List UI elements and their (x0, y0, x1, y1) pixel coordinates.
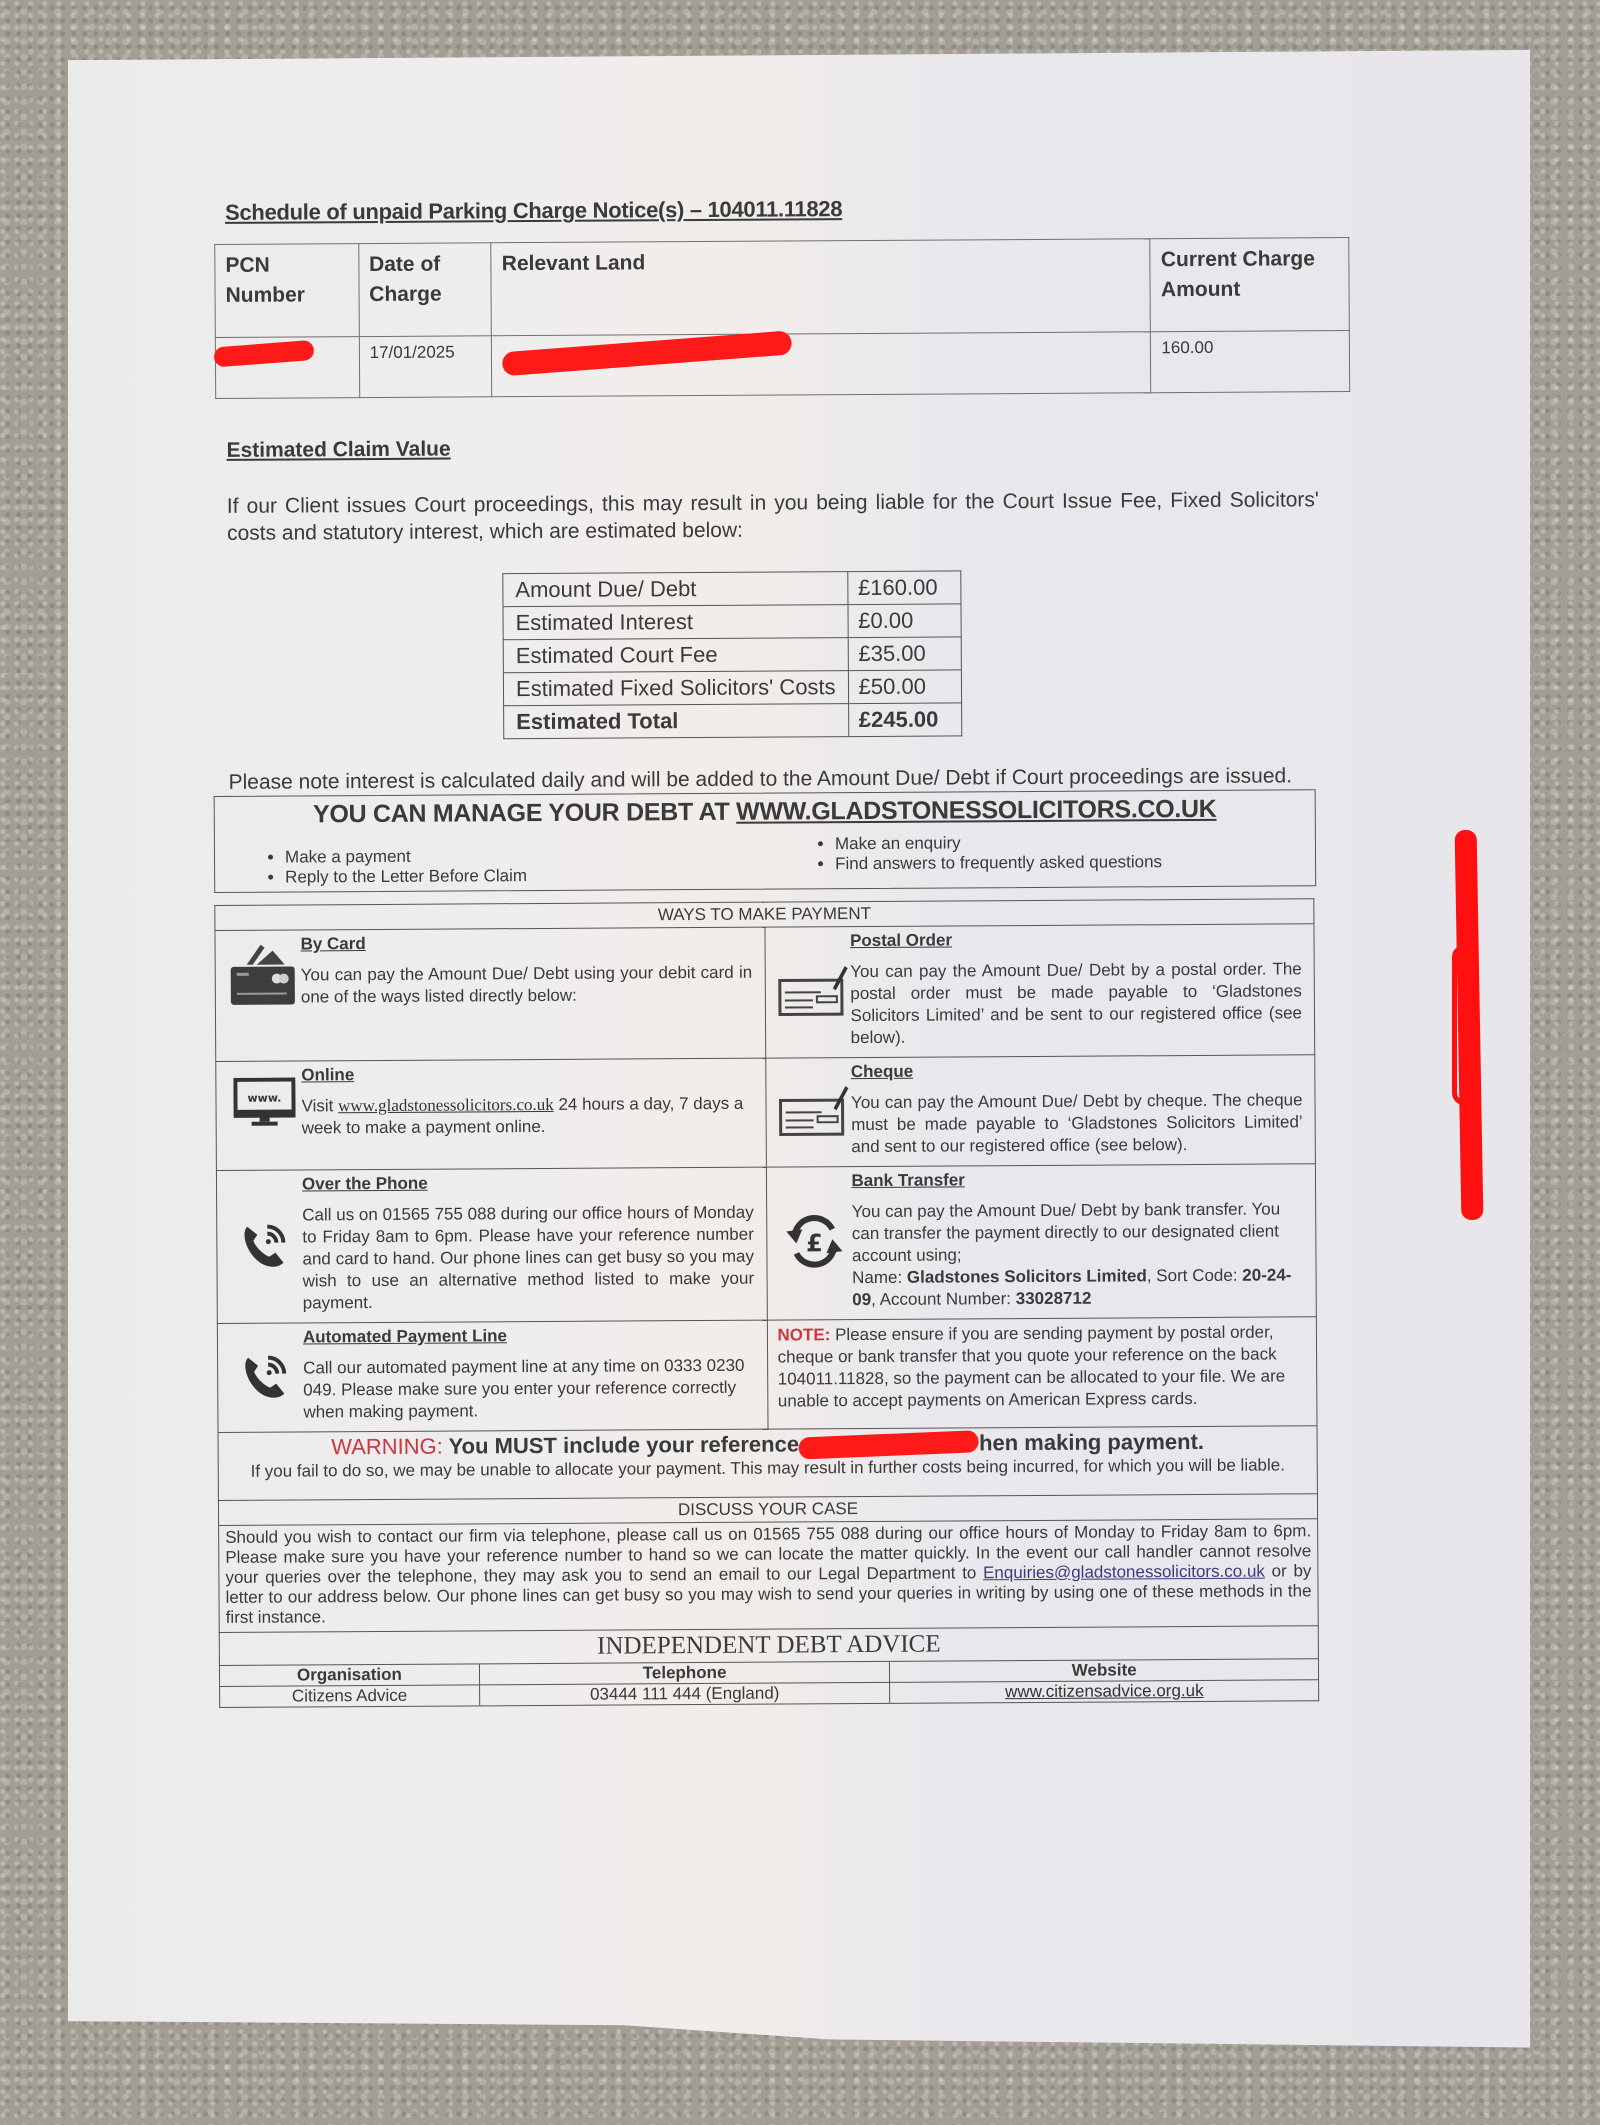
phone-text: Call us on 01565 755 088 during our offi… (302, 1202, 754, 1315)
online-text-before: Visit (301, 1096, 338, 1115)
claim-total-value: £245.00 (848, 703, 961, 737)
online-title: Online (301, 1063, 753, 1086)
list-item: Find answers to frequently asked questio… (835, 851, 1315, 874)
claim-label: Estimated Court Fee (503, 638, 848, 673)
warning-text-before: You MUST include your reference (443, 1431, 799, 1458)
svg-text:www.: www. (247, 1092, 281, 1105)
manage-debt-box: YOU CAN MANAGE YOUR DEBT AT WWW.GLADSTON… (214, 789, 1317, 893)
postal-order-cell: Postal Order You can pay the Amount Due/… (764, 924, 1314, 1058)
telephone: 03444 111 444 (England) (479, 1682, 890, 1705)
redaction-mark (502, 330, 793, 376)
manage-url-link[interactable]: WWW.GLADSTONESSOLICITORS.CO.UK (736, 795, 1217, 826)
pcn-number-redacted (215, 337, 359, 399)
online-cell: www. Online Visit www.gladstonessolicito… (216, 1058, 766, 1170)
col-telephone: Telephone (479, 1662, 890, 1685)
cheque-title: Cheque (851, 1059, 1303, 1082)
note-text: Please ensure if you are sending payment… (778, 1323, 1286, 1411)
pcn-table: PCN Number Date of Charge Relevant Land … (214, 237, 1350, 399)
col-website: Website (890, 1659, 1318, 1682)
col-pcn-number: PCN Number (215, 244, 359, 338)
cheque-pen-icon (776, 1082, 851, 1138)
claim-label: Estimated Fixed Solicitors' Costs (503, 671, 848, 706)
manage-list-right: Make an enquiry Find answers to frequent… (765, 831, 1315, 884)
payment-note-cell: NOTE: Please ensure if you are sending p… (767, 1317, 1317, 1429)
automated-line-text: Call our automated payment line at any t… (303, 1355, 755, 1424)
phone-cell: Over the Phone Call us on 01565 755 088 … (216, 1167, 766, 1323)
claim-value: £0.00 (848, 604, 961, 638)
manage-list-left: Make a payment Reply to the Letter Befor… (215, 845, 765, 888)
red-scribble-loop (1452, 945, 1478, 1105)
payment-note: NOTE: Please ensure if you are sending p… (777, 1321, 1304, 1412)
postal-order-text: You can pay the Amount Due/ Debt by a po… (850, 958, 1302, 1049)
table-row: Estimated Fixed Solicitors' Costs£50.00 (503, 670, 961, 706)
claim-total-label: Estimated Total (504, 704, 849, 739)
claim-value: £50.00 (848, 670, 961, 704)
automated-line-cell: Automated Payment Line Call our automate… (217, 1320, 767, 1432)
online-payment-link[interactable]: www.gladstonessolicitors.co.uk (338, 1095, 554, 1115)
claim-total-row: Estimated Total£245.00 (504, 703, 962, 739)
by-card-title: By Card (300, 932, 752, 955)
redaction-mark (799, 1430, 980, 1459)
cheque-text: You can pay the Amount Due/ Debt by cheq… (851, 1089, 1303, 1158)
manage-title: YOU CAN MANAGE YOUR DEBT AT WWW.GLADSTON… (215, 794, 1315, 830)
col-date-of-charge: Date of Charge (358, 243, 491, 337)
discuss-case-box: DISCUSS YOUR CASE Should you wish to con… (218, 1494, 1319, 1633)
claim-intro: If our Client issues Court proceedings, … (227, 486, 1319, 547)
table-row: Estimated Interest£0.00 (503, 604, 961, 640)
citizens-advice-link[interactable]: www.citizensadvice.org.uk (1005, 1681, 1204, 1701)
col-current-charge: Current Charge Amount (1150, 238, 1349, 332)
col-organisation: Organisation (220, 1664, 479, 1686)
phone-ringing-icon (227, 1218, 302, 1270)
postal-order-title: Postal Order (850, 928, 1302, 951)
bank-name-label: Name: (852, 1268, 907, 1287)
by-card-cell: By Card You can pay the Amount Due/ Debt… (215, 927, 765, 1061)
bank-transfer-title: Bank Transfer (851, 1168, 1303, 1191)
online-text: Visit www.gladstonessolicitors.co.uk 24 … (301, 1093, 753, 1140)
debt-advice-table: Organisation Telephone Website Citizens … (220, 1659, 1318, 1707)
ways-to-pay-table: WAYS TO MAKE PAYMENT By Card You can pay… (214, 898, 1317, 1433)
redaction-mark (213, 340, 314, 368)
enquiries-email-link[interactable]: Enquiries@gladstonessolicitors.co.uk (983, 1562, 1265, 1583)
automated-line-title: Automated Payment Line (303, 1325, 755, 1348)
pound-exchange-icon: £ (777, 1211, 852, 1271)
bank-transfer-text: You can pay the Amount Due/ Debt by bank… (852, 1198, 1304, 1311)
col-relevant-land: Relevant Land (491, 239, 1151, 336)
svg-text:£: £ (806, 1229, 823, 1257)
claim-label: Estimated Interest (503, 605, 848, 640)
warning-label: WARNING: (331, 1434, 443, 1460)
account-number-label: , Account Number: (871, 1289, 1016, 1309)
note-label: NOTE: (777, 1325, 830, 1344)
manage-list: Make a payment Reply to the Letter Befor… (215, 841, 1315, 888)
claim-label: Amount Due/ Debt (503, 572, 848, 607)
phone-title: Over the Phone (302, 1172, 754, 1195)
date-of-charge: 17/01/2025 (359, 336, 492, 398)
list-item: Reply to the Letter Before Claim (285, 865, 765, 888)
bank-transfer-intro: You can pay the Amount Due/ Debt by bank… (852, 1199, 1281, 1265)
claim-value: £160.00 (847, 571, 960, 605)
bank-transfer-cell: £ Bank Transfer You can pay the Amount D… (766, 1164, 1316, 1320)
phone-ringing-icon (228, 1349, 303, 1401)
table-row: Estimated Court Fee£35.00 (503, 637, 961, 673)
by-card-text: You can pay the Amount Due/ Debt using y… (301, 962, 753, 1009)
cheque-cell: Cheque You can pay the Amount Due/ Debt … (765, 1055, 1315, 1167)
document: Schedule of unpaid Parking Charge Notice… (210, 193, 1339, 1708)
warning-box: WARNING: You MUST include your reference… (218, 1426, 1318, 1501)
credit-card-icon (226, 936, 301, 1006)
claim-value: £35.00 (848, 637, 961, 671)
cheque-pen-icon (775, 962, 850, 1018)
relevant-land-redacted (492, 332, 1151, 397)
organisation: Citizens Advice (220, 1685, 479, 1707)
www-monitor-icon: www. (226, 1077, 301, 1127)
discuss-text: Should you wish to contact our firm via … (219, 1519, 1318, 1632)
sort-code-label: , Sort Code: (1147, 1266, 1243, 1286)
website-cell: www.citizensadvice.org.uk (890, 1680, 1318, 1703)
bank-account-name: Gladstones Solicitors Limited (907, 1266, 1147, 1286)
debt-advice-box: INDEPENDENT DEBT ADVICE Organisation Tel… (219, 1626, 1319, 1708)
table-row: Amount Due/ Debt£160.00 (503, 571, 961, 607)
table-row: 17/01/2025 160.00 (215, 331, 1349, 399)
manage-title-text: YOU CAN MANAGE YOUR DEBT AT (313, 798, 736, 829)
warning-text-after: hen making payment. (979, 1429, 1204, 1455)
claim-table: Amount Due/ Debt£160.00 Estimated Intere… (502, 570, 962, 739)
current-charge-amount: 160.00 (1151, 331, 1350, 393)
schedule-title: Schedule of unpaid Parking Charge Notice… (225, 193, 1330, 226)
claim-title: Estimated Claim Value (226, 432, 1331, 463)
account-number: 33028712 (1016, 1289, 1092, 1308)
